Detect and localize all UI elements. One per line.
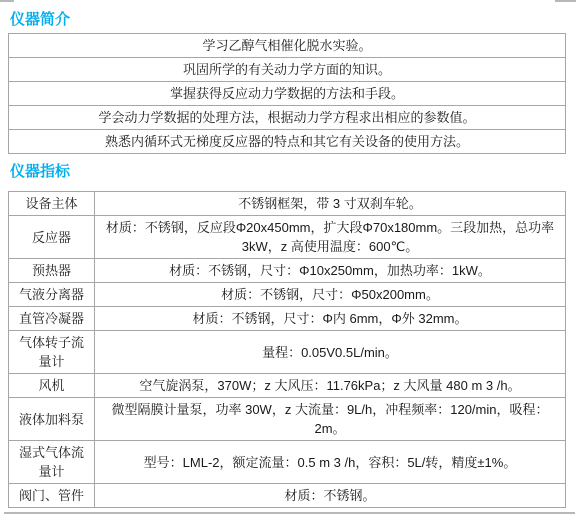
- page-content: 仪器简介 学习乙醇气相催化脱水实验。 巩固所学的有关动力学方面的知识。 掌握获得…: [0, 0, 579, 508]
- spec-row: 反应器 材质：不锈钢，反应段Φ20x450mm，扩大段Φ70x180mm。三段加…: [9, 216, 566, 259]
- spec-row: 阀门、管件 材质：不锈钢。: [9, 484, 566, 508]
- specs-table: 设备主体 不锈钢框架，带 3 寸双刹车轮。 反应器 材质：不锈钢，反应段Φ20x…: [8, 191, 566, 508]
- spec-value-cell: 材质：不锈钢，尺寸：Φ10x250mm，加热功率：1kW。: [95, 259, 566, 283]
- spec-name-cell: 气体转子流量计: [9, 331, 95, 374]
- spec-value-cell: 材质：不锈钢，尺寸：Φ内 6mm，Φ外 32mm。: [95, 307, 566, 331]
- spec-value-cell: 材质：不锈钢，反应段Φ20x450mm，扩大段Φ70x180mm。三段加热，总功…: [95, 216, 566, 259]
- spec-name-cell: 直管冷凝器: [9, 307, 95, 331]
- spec-name-cell: 液体加料泵: [9, 398, 95, 441]
- intro-row-text: 学会动力学数据的处理方法，根据动力学方程求出相应的参数值。: [9, 106, 566, 130]
- spec-value-cell: 不锈钢框架，带 3 寸双刹车轮。: [95, 192, 566, 216]
- spec-row: 湿式气体流量计 型号：LML-2，额定流量：0.5 m 3 /h，容积：5L/转…: [9, 441, 566, 484]
- intro-row: 掌握获得反应动力学数据的方法和手段。: [9, 82, 566, 106]
- spec-name-cell: 阀门、管件: [9, 484, 95, 508]
- spec-row: 设备主体 不锈钢框架，带 3 寸双刹车轮。: [9, 192, 566, 216]
- spec-row: 液体加料泵 微型隔膜计量泵，功率 30W，z 大流量：9L/h，冲程频率：120…: [9, 398, 566, 441]
- intro-section-title: 仪器简介: [8, 0, 579, 33]
- intro-row: 巩固所学的有关动力学方面的知识。: [9, 58, 566, 82]
- spec-value-cell: 材质：不锈钢。: [95, 484, 566, 508]
- spec-value-cell: 型号：LML-2，额定流量：0.5 m 3 /h，容积：5L/转，精度±1%。: [95, 441, 566, 484]
- spec-row: 直管冷凝器 材质：不锈钢，尺寸：Φ内 6mm，Φ外 32mm。: [9, 307, 566, 331]
- spec-value-cell: 量程：0.05V0.5L/min。: [95, 331, 566, 374]
- intro-row-text: 巩固所学的有关动力学方面的知识。: [9, 58, 566, 82]
- intro-row: 学会动力学数据的处理方法，根据动力学方程求出相应的参数值。: [9, 106, 566, 130]
- intro-row-text: 熟悉内循环式无梯度反应器的特点和其它有关设备的使用方法。: [9, 130, 566, 154]
- container-edge-top-right: [555, 0, 576, 2]
- spec-row: 气液分离器 材质：不锈钢，尺寸：Φ50x200mm。: [9, 283, 566, 307]
- spec-name-cell: 湿式气体流量计: [9, 441, 95, 484]
- spec-row: 气体转子流量计 量程：0.05V0.5L/min。: [9, 331, 566, 374]
- spec-row: 风机 空气旋涡泵，370W；z 大风压：11.76kPa；z 大风量 480 m…: [9, 374, 566, 398]
- intro-row: 学习乙醇气相催化脱水实验。: [9, 34, 566, 58]
- intro-row-text: 学习乙醇气相催化脱水实验。: [9, 34, 566, 58]
- intro-row-text: 掌握获得反应动力学数据的方法和手段。: [9, 82, 566, 106]
- spec-name-cell: 反应器: [9, 216, 95, 259]
- spec-value-cell: 空气旋涡泵，370W；z 大风压：11.76kPa；z 大风量 480 m 3 …: [95, 374, 566, 398]
- spec-value-cell: 材质：不锈钢，尺寸：Φ50x200mm。: [95, 283, 566, 307]
- spec-row: 预热器 材质：不锈钢，尺寸：Φ10x250mm，加热功率：1kW。: [9, 259, 566, 283]
- intro-row: 熟悉内循环式无梯度反应器的特点和其它有关设备的使用方法。: [9, 130, 566, 154]
- container-edge-bottom: [4, 512, 575, 514]
- spec-name-cell: 气液分离器: [9, 283, 95, 307]
- intro-table: 学习乙醇气相催化脱水实验。 巩固所学的有关动力学方面的知识。 掌握获得反应动力学…: [8, 33, 566, 154]
- spec-name-cell: 风机: [9, 374, 95, 398]
- spec-value-cell: 微型隔膜计量泵，功率 30W，z 大流量：9L/h，冲程频率：120/min，吸…: [95, 398, 566, 441]
- container-edge-top-left: [0, 0, 14, 2]
- specs-section-title: 仪器指标: [8, 154, 579, 191]
- spec-name-cell: 预热器: [9, 259, 95, 283]
- spec-name-cell: 设备主体: [9, 192, 95, 216]
